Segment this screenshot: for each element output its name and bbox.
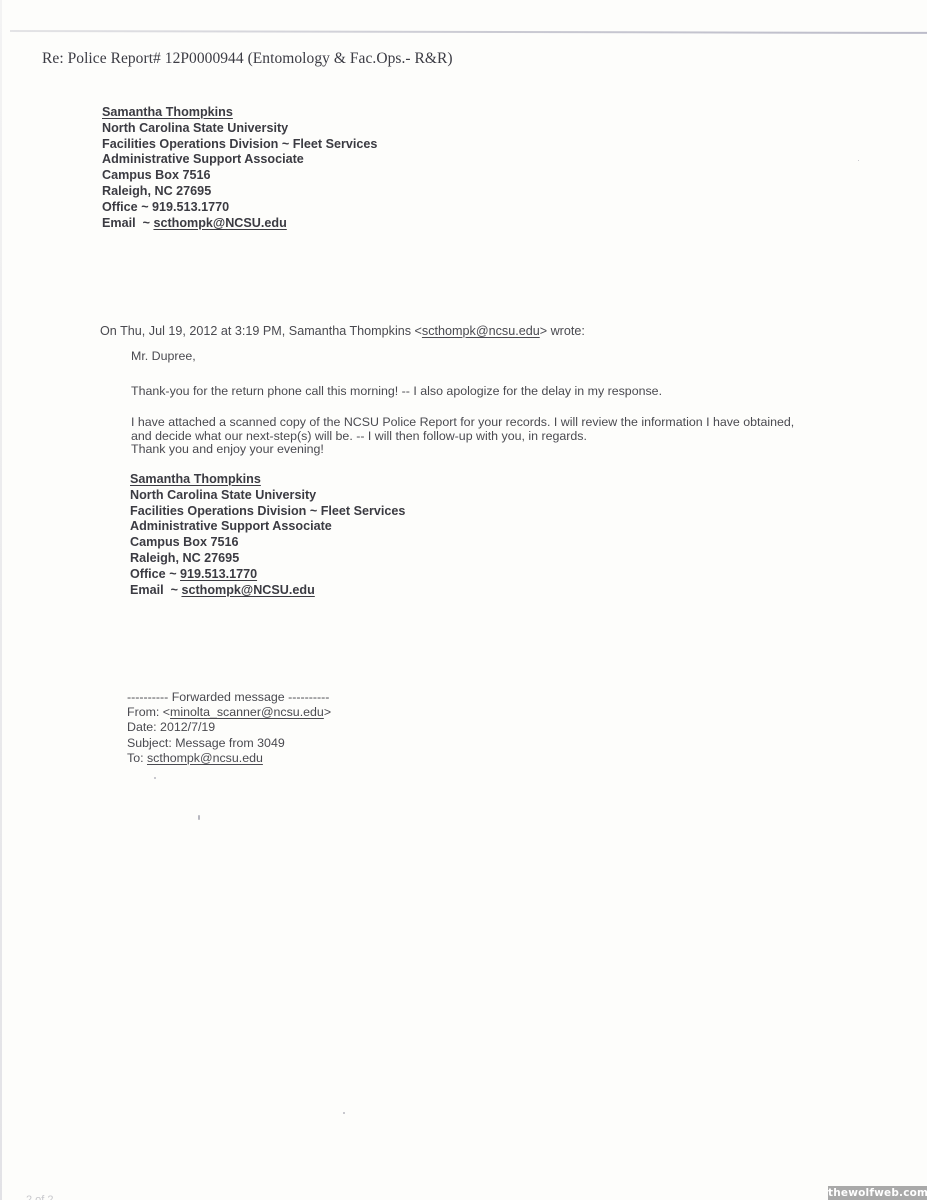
signature-box: Campus Box 7516 [130, 535, 405, 551]
signature-office: Office ~ 919.513.1770 [102, 200, 377, 216]
paragraph-2-line: I have attached a scanned copy of the NC… [131, 416, 794, 430]
signature-division: Facilities Operations Division ~ Fleet S… [102, 137, 377, 153]
from-email-link[interactable]: minolta_scanner@ncsu.edu [170, 705, 324, 719]
quote-attribution: On Thu, Jul 19, 2012 at 3:19 PM, Samanth… [100, 324, 585, 338]
scan-edge [0, 0, 2, 1200]
paragraph-2-line: and decide what our next-step(s) will be… [131, 430, 794, 444]
signature-box: Campus Box 7516 [102, 168, 377, 184]
to-label: To: [127, 751, 147, 765]
attribution-email-link[interactable]: scthompk@ncsu.edu [422, 324, 540, 338]
signature-city: Raleigh, NC 27695 [130, 551, 405, 567]
paragraph-2: I have attached a scanned copy of the NC… [131, 416, 794, 457]
signature-email: Email ~ scthompk@NCSU.edu [130, 583, 405, 599]
forwarded-date: Date: 2012/7/19 [127, 720, 331, 735]
attribution-prefix: On Thu, Jul 19, 2012 at 3:19 PM, Samanth… [100, 324, 422, 338]
forwarded-subject: Subject: Message from 3049 [127, 736, 331, 751]
email-label: Email ~ [130, 583, 181, 597]
from-suffix: > [324, 705, 331, 719]
signature-name: Samantha Thompkins [130, 472, 405, 488]
signature-title: Administrative Support Associate [102, 152, 377, 168]
watermark: thewolfweb.com [828, 1186, 927, 1200]
paragraph-2-line: Thank you and enjoy your evening! [131, 443, 794, 457]
scan-speck [858, 160, 859, 161]
forwarded-from: From: <minolta_scanner@ncsu.edu> [127, 705, 331, 720]
paragraph-1: Thank-you for the return phone call this… [131, 385, 662, 399]
email-label: Email ~ [102, 216, 153, 230]
forwarded-message: ---------- Forwarded message ---------- … [127, 690, 331, 766]
signature-block-quoted: Samantha Thompkins North Carolina State … [130, 472, 405, 598]
scan-speck [343, 1112, 345, 1114]
page-number: 2 of 2 [26, 1194, 54, 1200]
signature-block-top: Samantha Thompkins North Carolina State … [102, 105, 377, 231]
signature-title: Administrative Support Associate [130, 519, 405, 535]
signature-email: Email ~ scthompk@NCSU.edu [102, 216, 377, 232]
signature-office: Office ~ 919.513.1770 [130, 567, 405, 583]
email-subject: Re: Police Report# 12P0000944 (Entomolog… [42, 50, 453, 68]
scan-speck [154, 777, 156, 779]
signature-name: Samantha Thompkins [102, 105, 377, 121]
to-email-link[interactable]: scthompk@ncsu.edu [147, 751, 263, 765]
signature-division: Facilities Operations Division ~ Fleet S… [130, 504, 405, 520]
signature-city: Raleigh, NC 27695 [102, 184, 377, 200]
signature-org: North Carolina State University [102, 121, 377, 137]
header-rule [10, 30, 927, 34]
office-phone: 919.513.1770 [152, 200, 229, 214]
forwarded-divider: ---------- Forwarded message ---------- [127, 690, 331, 705]
forwarded-to: To: scthompk@ncsu.edu [127, 751, 331, 766]
greeting: Mr. Dupree, [131, 350, 196, 364]
email-link[interactable]: scthompk@NCSU.edu [153, 216, 286, 230]
email-link[interactable]: scthompk@NCSU.edu [181, 583, 314, 597]
from-label: From: < [127, 705, 170, 719]
office-phone-link[interactable]: 919.513.1770 [180, 567, 257, 581]
office-label: Office ~ [102, 200, 152, 214]
office-label: Office ~ [130, 567, 180, 581]
signature-org: North Carolina State University [130, 488, 405, 504]
attribution-suffix: > wrote: [540, 324, 585, 338]
scan-speck [198, 815, 200, 820]
